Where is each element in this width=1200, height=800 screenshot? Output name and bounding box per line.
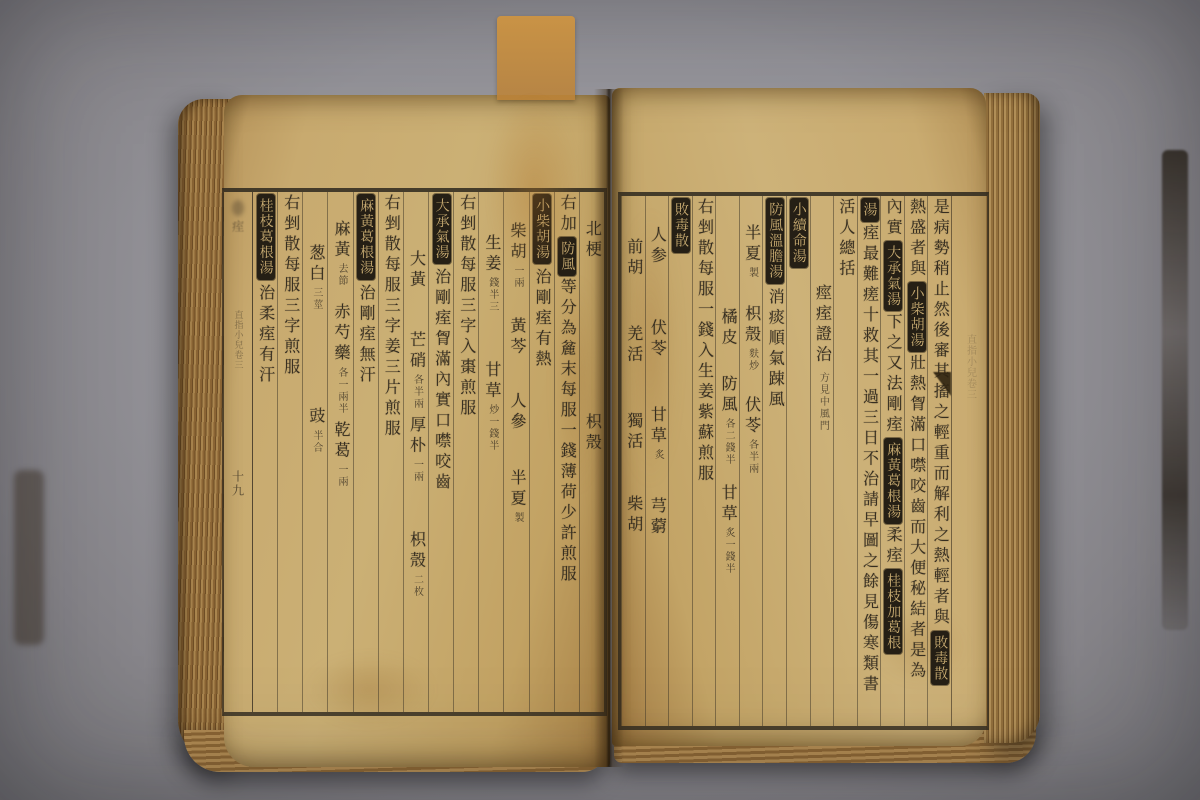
prescription-label: 防風 [558, 237, 576, 276]
text-column: 柴胡一兩黃芩人參半夏製 [503, 192, 529, 712]
dose-annotation: 方見中風門 [817, 372, 827, 432]
prose-text: 柴胡 [626, 495, 642, 536]
prose-text: 前胡 [626, 238, 642, 279]
prescription-label: 桂枝加葛根 [884, 569, 902, 655]
prescription-label: 小柴胡湯 [533, 194, 551, 264]
dose-annotation: 半合 [311, 430, 321, 454]
prose-text: 乾葛 [333, 421, 349, 462]
right-fore-edge-stack [984, 93, 1040, 743]
dose-annotation: 麩炒 [747, 348, 757, 372]
prose-text: 柔痓 [885, 526, 901, 567]
prose-text: 痙痓證治 [814, 284, 830, 366]
right-page-printed-frame: 直指小兒卷三 是病勢稍止然後審其搐之輕重而解利之熱輕者與敗毒散熱盛者與小柴胡湯壯… [618, 192, 989, 730]
text-column: 生姜錢半三甘草炒一錢半 [478, 192, 504, 712]
prose-text: 柴胡 [509, 222, 525, 263]
text-column: 前胡羌活獨活柴胡 [621, 196, 646, 726]
text-column: 湯痓最難瘥十救其一過三日不治請早圖之餘見傷寒類書 [857, 196, 882, 726]
dose-annotation: 炒一錢半 [487, 404, 497, 452]
prose-text: 治剛痓無汗 [358, 284, 374, 387]
prose-text: 半夏 [509, 469, 525, 510]
prose-text: 甘草 [649, 406, 665, 447]
prose-text: 熱盛者與 [909, 198, 925, 280]
prose-text: 枳殼 [744, 305, 760, 346]
text-column: 葱白三莖豉半合 [302, 192, 328, 712]
ink-smudge [232, 200, 244, 216]
text-column: 北梗枳殼 [579, 192, 605, 712]
prose-text: 芒硝 [408, 331, 424, 372]
prescription-label: 麻黃葛根湯 [884, 438, 902, 524]
prose-text: 是病勢稍止然後審其搐之輕重而解利之熱輕者與 [932, 198, 948, 629]
text-column: 防風溫膽湯消痰順氣踈風 [762, 196, 787, 726]
prescription-label: 大承氣湯 [884, 241, 902, 311]
dose-annotation: 三莖 [311, 287, 321, 311]
photo-backdrop: 痓 直指小兒卷三 十九 北梗枳殼右加防風等分為麄末每服一錢薄荷少許煎服小柴胡湯治… [0, 0, 1200, 800]
prose-text: 獨活 [626, 412, 642, 453]
text-column: 小柴胡湯治剛痓有熱 [529, 192, 555, 712]
prose-text: 治剛痓有熱 [534, 268, 550, 371]
prescription-label: 桂枝葛根湯 [257, 194, 275, 280]
text-column: 人参伏苓甘草炙芎藭 [645, 196, 670, 726]
dose-annotation: 二枚 [411, 574, 421, 598]
prose-text: 壯熱胷滿口噤咬齒而大便秘結者是為 [909, 354, 925, 682]
dose-annotation: 炙一錢半 [723, 527, 733, 575]
prose-text: 伏苓 [744, 396, 760, 437]
dose-annotation: 錢半三 [487, 277, 497, 313]
text-column: 右剉散每服三字煎服 [277, 192, 303, 712]
prescription-label: 防風溫膽湯 [766, 198, 784, 284]
prose-text: 右加 [559, 194, 575, 235]
dose-annotation: 製 [747, 267, 757, 279]
paper-fold-tear [933, 372, 951, 396]
text-column: 內實大承氣湯下之又法剛痓麻黃葛根湯柔痓桂枝加葛根 [880, 196, 905, 726]
left-page-fold-column: 痓 直指小兒卷三 十九 [224, 192, 253, 712]
page-number: 十九 [230, 470, 247, 498]
prose-text: 右剉散每服三字姜三片煎服 [383, 194, 399, 440]
text-column: 小續命湯 [786, 196, 811, 726]
dose-annotation: 各一兩半 [336, 367, 346, 415]
prose-text: 消痰順氣踈風 [767, 288, 783, 411]
prose-text: 厚朴 [408, 416, 424, 457]
prose-text: 大黃 [408, 250, 424, 291]
dose-annotation: 一兩 [512, 265, 522, 289]
prescription-label: 麻黃葛根湯 [357, 194, 375, 280]
prescription-label: 敗毒散 [672, 198, 690, 253]
prose-text: 伏苓 [649, 319, 665, 360]
text-column: 右剉散每服一錢入生姜紫蘇煎服 [692, 196, 717, 726]
prose-text: 治剛痓胷滿內實口噤咬齒 [434, 268, 450, 494]
prose-text: 內實 [885, 198, 901, 239]
prescription-label: 大承氣湯 [433, 194, 451, 264]
prescription-label: 敗毒散 [931, 631, 949, 686]
prose-text: 橘皮 [720, 308, 736, 349]
dose-annotation: 一兩 [411, 459, 421, 483]
prose-text: 枳殼 [584, 413, 600, 454]
text-column: 右剉散每服三字姜三片煎服 [378, 192, 404, 712]
fore-edge-grime [1162, 150, 1188, 630]
text-column: 熱盛者與小柴胡湯壯熱胷滿口噤咬齒而大便秘結者是為 [904, 196, 929, 726]
prose-text: 芎藭 [649, 497, 665, 538]
dose-annotation: 製 [512, 512, 522, 524]
prose-text: 北梗 [584, 220, 600, 261]
prose-text: 右剉散每服三字煎服 [283, 194, 299, 379]
text-column: 橘皮防風各二錢半甘草炙一錢半 [715, 196, 740, 726]
text-column: 是病勢稍止然後審其搐之輕重而解利之熱輕者與敗毒散 [927, 196, 952, 726]
prose-text: 羌活 [626, 325, 642, 366]
prose-text: 赤芍藥 [333, 303, 349, 365]
prose-text: 甘草 [484, 361, 500, 402]
text-column: 敗毒散 [668, 196, 693, 726]
prose-text: 痓最難瘥十救其一過三日不治請早圖之餘見傷寒類書 [862, 224, 878, 696]
dose-annotation: 各半兩 [747, 439, 757, 475]
left-edge-grime [14, 470, 44, 645]
prescription-label: 湯 [861, 198, 879, 222]
prescription-label: 小柴胡湯 [908, 282, 926, 352]
prose-text: 治柔痓有汗 [258, 284, 274, 387]
prose-text: 豉 [308, 407, 324, 428]
text-column: 痙痓證治方見中風門 [810, 196, 835, 726]
text-column: 桂枝葛根湯治柔痓有汗 [252, 192, 278, 712]
open-book: 痓 直指小兒卷三 十九 北梗枳殼右加防風等分為麄末每服一錢薄荷少許煎服小柴胡湯治… [178, 85, 1040, 777]
prescription-label: 小續命湯 [790, 198, 808, 268]
text-column: 右剉散每服三字入棗煎服 [453, 192, 479, 712]
dose-annotation: 一兩 [336, 464, 346, 488]
handwritten-note: 痓 [230, 220, 247, 232]
text-column: 右加防風等分為麄末每服一錢薄荷少許煎服 [554, 192, 580, 712]
prose-text: 右剉散每服三字入棗煎服 [459, 194, 475, 420]
prose-text: 葱白 [308, 244, 324, 285]
prose-text: 生姜 [484, 234, 500, 275]
text-column: 麻黃葛根湯治剛痓無汗 [353, 192, 379, 712]
dose-annotation: 各半兩 [411, 374, 421, 410]
bookmark-tab [497, 16, 575, 100]
dose-annotation: 炙 [652, 449, 662, 461]
prose-text: 人参 [649, 226, 665, 267]
prose-text: 活人總括 [838, 198, 854, 280]
left-page-printed-frame: 痓 直指小兒卷三 十九 北梗枳殼右加防風等分為麄末每服一錢薄荷少許煎服小柴胡湯治… [222, 188, 607, 716]
fold-volume-title: 直指小兒卷三 [232, 310, 245, 370]
prose-text: 人參 [509, 392, 525, 433]
dose-annotation: 去節 [336, 263, 346, 287]
text-column: 麻黃去節赤芍藥各一兩半乾葛一兩 [327, 192, 353, 712]
text-column: 大黃芒硝各半兩厚朴一兩枳殼二枚 [403, 192, 429, 712]
prose-text: 防風 [720, 375, 736, 416]
text-column: 半夏製枳殼麩炒伏苓各半兩 [739, 196, 764, 726]
prose-text: 甘草 [720, 484, 736, 525]
prose-text: 半夏 [744, 224, 760, 265]
dose-annotation: 各二錢半 [723, 418, 733, 466]
prose-text: 右剉散每服一錢入生姜紫蘇煎服 [697, 198, 713, 485]
prose-text: 麻黃 [333, 220, 349, 261]
prose-text: 下之又法剛痓 [885, 313, 901, 436]
prose-text: 枳殼 [408, 531, 424, 572]
fold-volume-title-faint: 直指小兒卷三 [963, 334, 978, 400]
right-page-fold-column: 直指小兒卷三 [951, 196, 988, 726]
prose-text: 黃芩 [509, 317, 525, 358]
text-column: 大承氣湯治剛痓胷滿內實口噤咬齒 [428, 192, 454, 712]
text-column: 活人總括 [833, 196, 858, 726]
prose-text: 等分為麄末每服一錢薄荷少許煎服 [559, 278, 575, 586]
